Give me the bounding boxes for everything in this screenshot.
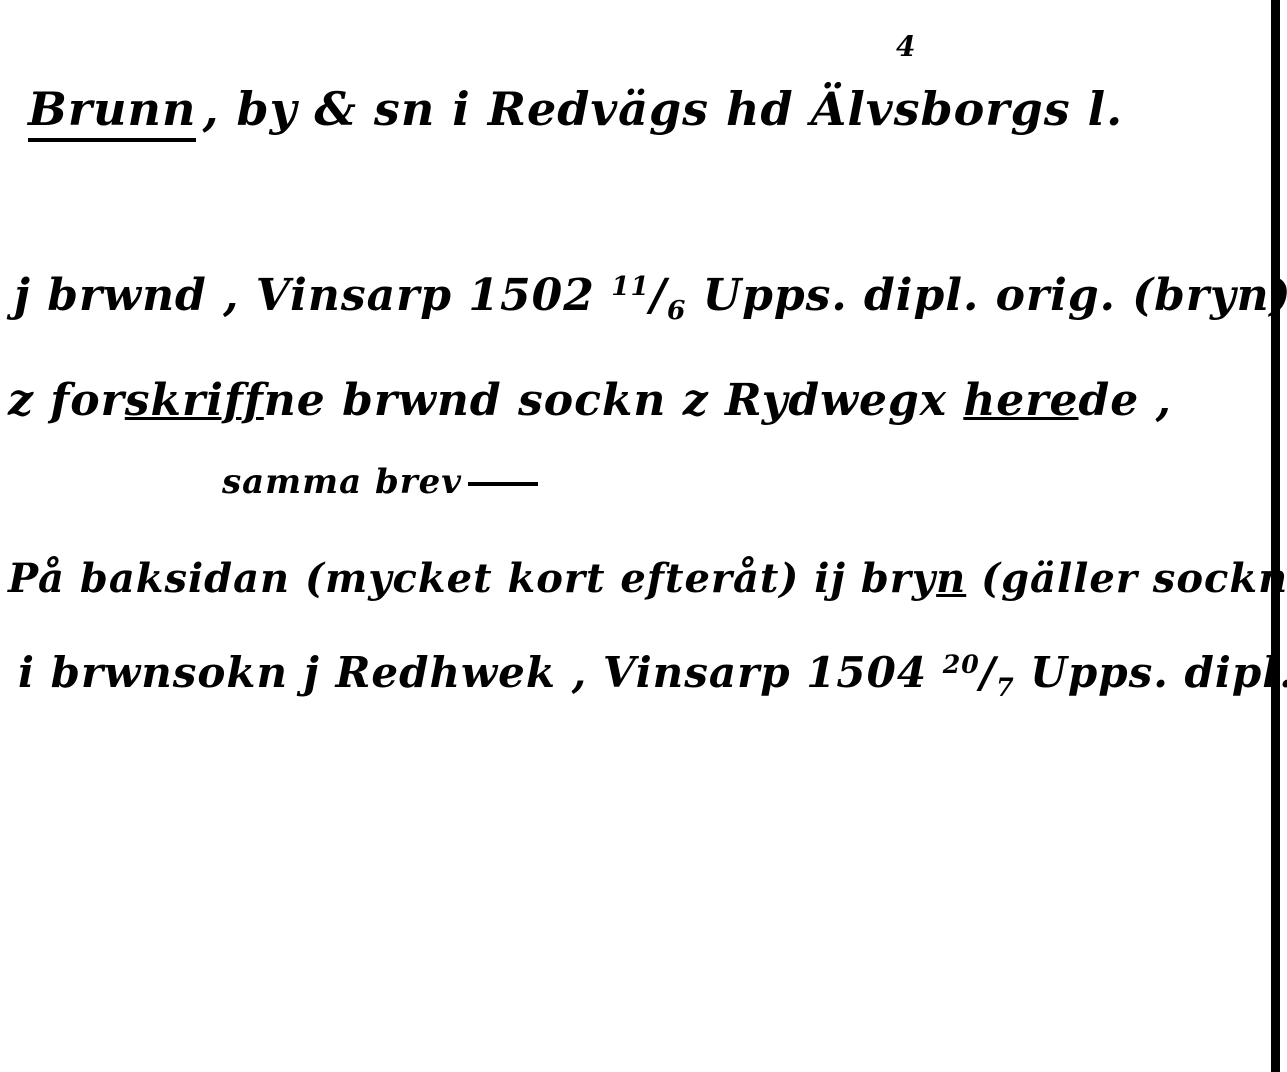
text-fragment: z for xyxy=(8,375,125,426)
text-fragment: (gäller socknen) xyxy=(966,555,1287,602)
note-text: samma brev xyxy=(222,462,462,502)
underlined-fragment: n xyxy=(936,555,966,602)
citation-source: Upps. dipl. orig. (bryn) xyxy=(686,270,1287,321)
annotation-mark: 4 xyxy=(896,30,916,63)
text-fragment: ne brwnd sockn z Rydwegx xyxy=(264,375,964,426)
card-edge-border xyxy=(1271,0,1280,1072)
date-slash: / xyxy=(980,648,996,697)
citation-line-1502: j brwnd , Vinsarp 1502 11/6 Upps. dipl. … xyxy=(14,270,1287,326)
underlined-fragment: here xyxy=(963,375,1078,426)
citation-line-1504: i brwnsokn j Redhwek , Vinsarp 1504 20/7… xyxy=(18,648,1287,702)
reverse-side-note: På baksidan (mycket kort efteråt) ij bry… xyxy=(8,555,1287,602)
text-fragment: På baksidan (mycket kort efteråt) ij bry xyxy=(8,555,936,602)
heading-description: , by & sn i Redvägs hd Älvsborgs l. xyxy=(202,82,1123,136)
headword: Brunn xyxy=(28,82,196,142)
date-month: 7 xyxy=(996,672,1015,702)
date-day: 20 xyxy=(943,649,980,679)
date-slash: / xyxy=(650,270,667,321)
citation-source: Upps. dipl. orig. xyxy=(1015,648,1287,697)
dash-stroke xyxy=(468,482,538,486)
same-letter-note: samma brev xyxy=(222,462,538,502)
citation-text: i brwnsokn j Redhwek , Vinsarp 1504 xyxy=(18,648,927,697)
date-month: 6 xyxy=(667,295,686,326)
entry-heading-line: Brunn, by & sn i Redvägs hd Älvsborgs l.… xyxy=(28,82,1123,142)
citation-text: j brwnd , Vinsarp 1502 xyxy=(14,270,595,321)
text-fragment: de , xyxy=(1078,375,1171,426)
date-day: 11 xyxy=(611,271,650,302)
scanned-document-page: Brunn, by & sn i Redvägs hd Älvsborgs l.… xyxy=(0,0,1287,1072)
underlined-fragment: skriff xyxy=(125,375,264,426)
citation-line-herede: z forskriffne brwnd sockn z Rydwegx here… xyxy=(8,375,1172,426)
